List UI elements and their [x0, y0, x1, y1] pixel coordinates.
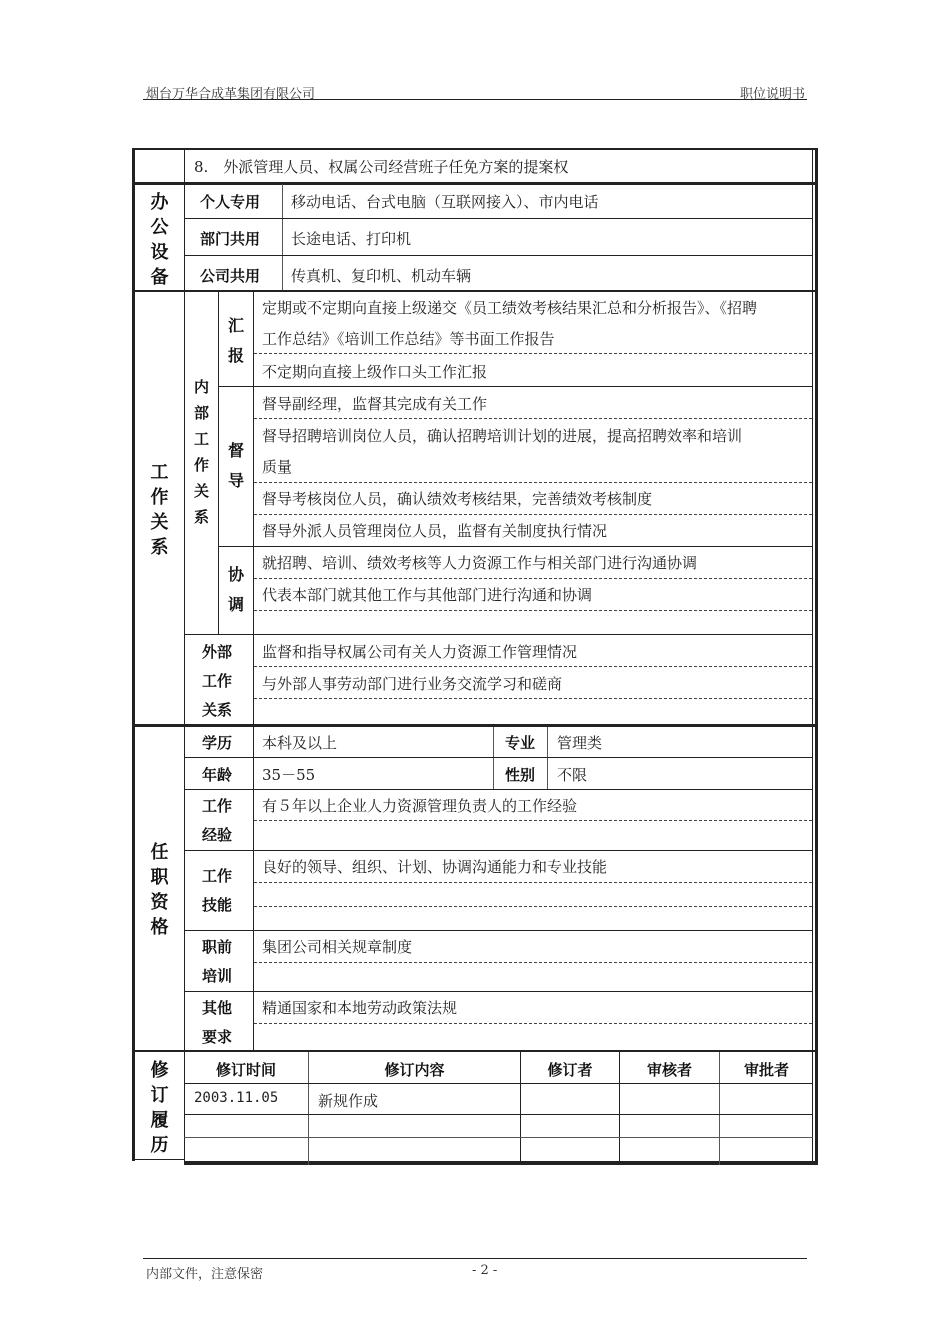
wr-sep-supervise-coordinate	[218, 546, 813, 547]
label-other-1: 其他	[202, 997, 232, 1018]
office-row-label-company: 公司共用	[200, 265, 260, 286]
table-border-right-inner	[812, 148, 813, 1161]
supervise-line-2: 督导招聘培训岗位人员，确认招聘培训计划的进展，提高招聘效率和培训	[262, 425, 742, 446]
label-training-1: 职前	[202, 936, 232, 957]
office-row-sep-1	[184, 218, 813, 219]
q-col-divider-content	[253, 727, 254, 1050]
table-border-left	[132, 148, 135, 1161]
report-dashed-sep	[254, 353, 812, 354]
rev-header-date: 修订时间	[184, 1059, 308, 1080]
table-border-right	[815, 148, 818, 1165]
section-label-qualifications: 任 职 资 格	[135, 840, 184, 940]
rev-cell-content: 新规作成	[318, 1090, 378, 1111]
label-skills-1: 工作	[202, 865, 232, 886]
authority-item-8: 8. 外派管理人员、权属公司经营班子任免方案的提案权	[194, 156, 568, 177]
label-char: 调	[228, 590, 244, 620]
label-char: 订	[151, 1083, 169, 1108]
header-rule	[143, 99, 807, 100]
external-line-2: 与外部人事劳动部门进行业务交流学习和磋商	[262, 673, 562, 694]
other-dashed-sep	[254, 1023, 812, 1024]
q-sep-2	[184, 789, 813, 790]
table-border-bottom	[184, 1161, 818, 1165]
label-char: 工	[194, 426, 209, 452]
section-label-revision-history: 修 订 履 历	[135, 1058, 184, 1158]
office-row-label-department: 部门共用	[200, 228, 260, 249]
wr-sep-report-supervise	[218, 386, 813, 387]
value-major: 管理类	[557, 732, 602, 753]
q-col-divider-major-value	[547, 727, 548, 789]
rev-cell-date: 2003.11.05	[194, 1090, 278, 1106]
label-major: 专业	[505, 732, 535, 753]
section-sep-2	[132, 290, 818, 292]
supervise-line-5: 督导外派人员管理岗位人员，监督有关制度执行情况	[262, 520, 607, 541]
label-char: 历	[151, 1133, 169, 1158]
table-border-top	[132, 148, 818, 150]
label-experience-1: 工作	[202, 795, 232, 816]
q-sep-3	[184, 850, 813, 851]
report-line-3: 不定期向直接上级作口头工作汇报	[262, 361, 487, 382]
label-char: 任	[151, 840, 169, 865]
section-label-work-relations: 工 作 关 系	[135, 460, 184, 560]
value-age: 35－55	[262, 764, 315, 785]
supervise-line-4: 督导考核岗位人员，确认绩效考核结果，完善绩效考核制度	[262, 488, 652, 509]
label-internal-relations: 内 部 工 作 关 系	[185, 374, 218, 530]
label-char: 内	[194, 374, 209, 400]
label-external-relations-1: 外部	[202, 641, 232, 662]
label-training-2: 培训	[202, 965, 232, 986]
label-experience-2: 经验	[202, 824, 232, 845]
label-char: 系	[194, 504, 209, 530]
coordinate-line-2: 代表本部门就其他工作与其他部门进行沟通和协调	[262, 584, 592, 605]
rev-row-sep-3	[184, 1137, 813, 1138]
office-row-value-company: 传真机、复印机、机动车辆	[291, 265, 471, 286]
value-skills: 良好的领导、组织、计划、协调沟通能力和专业技能	[262, 856, 607, 877]
label-report: 汇 报	[219, 311, 253, 371]
external-dashed-sep-2	[254, 698, 812, 699]
col-divider-1	[184, 148, 185, 1161]
external-dashed-sep-1	[254, 666, 812, 667]
supervise-line-1: 督导副经理，监督其完成有关工作	[262, 393, 487, 414]
label-char: 格	[151, 915, 169, 940]
q-sep-5	[184, 991, 813, 992]
q-sep-1	[184, 757, 813, 758]
label-char: 协	[228, 560, 244, 590]
label-char: 工	[151, 460, 169, 485]
skills-dashed-sep-2	[254, 906, 812, 907]
value-gender: 不限	[557, 764, 587, 785]
label-coordinate: 协 调	[219, 560, 253, 620]
label-external-relations-3: 关系	[202, 699, 232, 720]
label-char: 设	[151, 240, 169, 265]
section-label-office-equipment: 办 公 设 备	[135, 190, 184, 290]
label-supervise: 督 导	[219, 436, 253, 496]
label-skills-2: 技能	[202, 894, 232, 915]
label-char: 职	[151, 865, 169, 890]
coordinate-line-1: 就招聘、培训、绩效考核等人力资源工作与相关部门进行沟通协调	[262, 552, 697, 573]
label-char: 关	[194, 478, 209, 504]
office-col-divider	[282, 184, 283, 290]
wr-sep-internal-external	[184, 634, 813, 635]
label-age: 年龄	[202, 764, 232, 785]
label-char: 汇	[228, 311, 244, 341]
label-gender: 性别	[505, 764, 535, 785]
office-row-label-personal: 个人专用	[200, 191, 260, 212]
label-education: 学历	[202, 732, 232, 753]
rev-row-sep-2	[184, 1114, 813, 1115]
label-char: 履	[151, 1108, 169, 1133]
label-char: 公	[151, 215, 169, 240]
label-external-relations-2: 工作	[202, 670, 232, 691]
supervise-line-3: 质量	[262, 456, 292, 477]
rev-header-approver: 审批者	[720, 1059, 813, 1080]
rev-row-sep-1	[184, 1083, 813, 1084]
supervise-dashed-sep-1	[254, 418, 812, 419]
skills-dashed-sep-1	[254, 882, 812, 883]
office-row-value-department: 长途电话、打印机	[291, 228, 411, 249]
experience-dashed-sep	[254, 820, 812, 821]
value-experience: 有５年以上企业人力资源管理负责人的工作经验	[262, 795, 577, 816]
label-char: 系	[151, 535, 169, 560]
supervise-dashed-sep-3	[254, 514, 812, 515]
label-char: 导	[228, 466, 244, 496]
rev-header-content: 修订内容	[309, 1059, 520, 1080]
label-char: 作	[194, 452, 209, 478]
section-sep-3	[132, 724, 818, 727]
footer-rule	[143, 1258, 807, 1259]
value-training: 集团公司相关规章制度	[262, 936, 412, 957]
training-dashed-sep	[254, 962, 812, 963]
label-char: 修	[151, 1058, 169, 1083]
label-char: 办	[151, 190, 169, 215]
label-char: 备	[151, 265, 169, 290]
external-line-1: 监督和指导权属公司有关人力资源工作管理情况	[262, 641, 577, 662]
label-char: 作	[151, 485, 169, 510]
q-col-divider-major	[493, 727, 494, 789]
rev-header-reviewer: 审核者	[620, 1059, 719, 1080]
office-row-sep-2	[184, 255, 813, 256]
label-char: 资	[151, 890, 169, 915]
value-other: 精通国家和本地劳动政策法规	[262, 997, 457, 1018]
footer-confidential-note: 内部文件，注意保密	[146, 1263, 263, 1282]
section-sep-4	[132, 1050, 818, 1052]
report-line-2: 工作总结》《培训工作总结》等书面工作报告	[262, 328, 555, 349]
label-char: 部	[194, 400, 209, 426]
value-education: 本科及以上	[262, 732, 337, 753]
rev-header-reviser: 修订者	[521, 1059, 619, 1080]
coordinate-dashed-sep-2	[254, 610, 812, 611]
q-sep-4	[184, 930, 813, 931]
label-char: 关	[151, 510, 169, 535]
coordinate-dashed-sep-1	[254, 578, 812, 579]
wr-col-divider-content	[253, 292, 254, 724]
table-border-bottom-left	[132, 1159, 184, 1160]
label-other-2: 要求	[202, 1026, 232, 1047]
supervise-dashed-sep-2	[254, 482, 812, 483]
label-char: 报	[228, 341, 244, 371]
section-sep-1	[132, 182, 818, 185]
report-line-1: 定期或不定期向直接上级递交《员工绩效考核结果汇总和分析报告》、《招聘	[262, 297, 757, 318]
label-char: 督	[228, 436, 244, 466]
footer-page-number: - 2 -	[472, 1263, 497, 1278]
office-row-value-personal: 移动电话、台式电脑（互联网接入）、市内电话	[291, 191, 599, 212]
